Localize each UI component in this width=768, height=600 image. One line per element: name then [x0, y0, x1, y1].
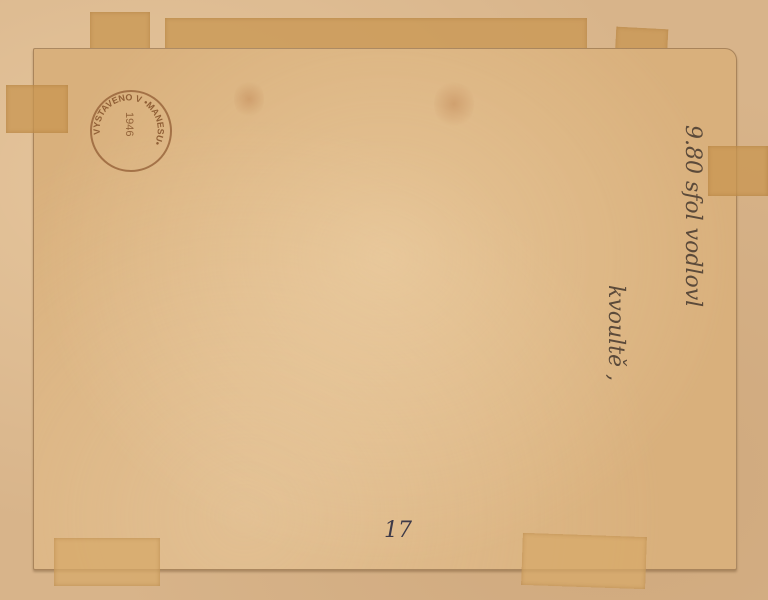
- stain: [434, 79, 474, 129]
- tape-left: [6, 85, 68, 133]
- handwritten-note-2: kvoultě ,: [603, 285, 628, 381]
- handwritten-note-1: 9.80 sfol vodlovl: [680, 125, 705, 307]
- tape-bottom-right: [521, 533, 647, 589]
- stain: [234, 79, 264, 119]
- inventory-number: 17: [384, 518, 412, 543]
- tape-right: [708, 146, 768, 196]
- stamp-year: 1946: [123, 112, 135, 136]
- tape-bottom-left: [54, 538, 160, 586]
